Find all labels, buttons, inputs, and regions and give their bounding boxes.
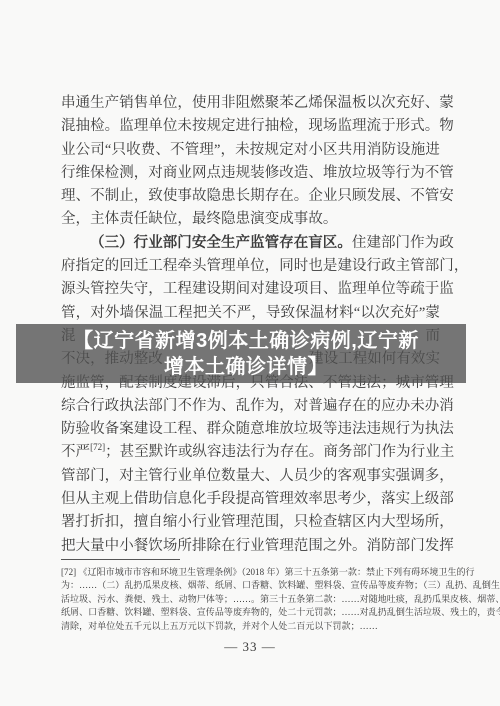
text-line: 但从主观上借助信息化手段提高管理效率思考少，落实上级部 [61,488,440,511]
text-line: 防验收备案建设工程、群众随意堆放垃圾等违法违规行为执法 [61,418,440,441]
line-text: 不严 [61,444,90,460]
footnote-line: 为：……（二）乱扔瓜果皮核、烟蒂、纸屑、口香糖、饮料罐、塑料袋、宣传品等废弃物；… [61,579,441,592]
scanned-document-page: 串通生产销售单位，使用非阻燃聚苯乙烯保温板以次充好、蒙 混抽检。监理单位未按规定… [0,0,500,706]
text-line: 管，对外墙保温工程把关不严，导致保温材料“以次充好”蒙 [61,302,440,325]
footnote-line: 活垃圾、污水、粪便、残土、动物尸体等；……。第三十五条第二款：……对随地吐痰，乱… [61,593,441,606]
text-line: 业公司“只收费、不管理”，未按规定对小区共用消防设施进 [61,139,440,162]
text-line: 行维保检测，对商业网点违规装修改造、堆放垃圾等行为不管 [61,162,440,185]
text-line: 全，主体责任缺位，最终隐患演变成事故。 [61,208,440,231]
text-line: 串通生产销售单位，使用非阻燃聚苯乙烯保温板以次充好、蒙 [61,92,440,115]
heading-line-rest: 住建部门作为政 [352,235,454,251]
text-line: 府指定的回迁工程牵头管理单位，同时也是建设行政主管部门， [61,255,440,278]
section-heading: （三）行业部门安全生产监管存在盲区。 [90,235,352,251]
footnote-block: [72] 《辽阳市城市市容和环境卫生管理条例》（2018 年）第三十五条第一款：… [61,566,441,633]
text-line-with-footnote-ref: 不严[72]；甚至默许或纵容违法行为存在。商务部门作为行业主 [61,441,440,464]
text-line: 理、不制止，致使事故隐患长期存在。企业只顾发展、不管安 [61,185,440,208]
text-line: 源头管控失守，工程建设期间对建设项目、监理单位等疏于监 [61,278,440,301]
text-line: 综合行政执法部门不作为、乱作为，对普遍存在的应办未办消 [61,395,440,418]
text-line: 管部门，对主管行业单位数量大、人员少的客观事实强调多， [61,465,440,488]
text-line: 混抽检。监理单位未按规定进行抽检，现场监理流于形式。物 [61,115,440,138]
footnote-line: [72] 《辽阳市城市市容和环境卫生管理条例》（2018 年）第三十五条第一款：… [61,566,441,579]
page-number: — 33 — [0,640,500,654]
footnote-separator [61,559,180,560]
text-line: 署打折扣，擅自缩小行业管理范围，只检查辖区内大型场所， [61,511,440,534]
overlay-banner-title-line-2: 增本土确诊详情】 [164,354,328,380]
footnote-line: 清除，对单位处五千元以上五万元以下罚款，并对个人处二百元以下罚款；…… [61,620,441,633]
footnote-ref-72: [72] [90,443,105,453]
line-text: ；甚至默许或纵容违法行为存在。商务部门作为行业主 [105,444,454,460]
overlay-banner-link[interactable]: 【辽宁省新增3例本土确诊病例,辽宁新 增本土确诊详情】 [16,324,466,383]
overlay-banner-title-line-1: 【辽宁省新增3例本土确诊病例,辽宁新 [73,328,419,354]
text-line: 把大量中小餐饮场所排除在行业管理范围之外。消防部门发挥 [61,535,440,558]
section-heading-line: （三）行业部门安全生产监管存在盲区。住建部门作为政 [61,232,440,255]
footnote-line: 纸屑、口香糖、饮料罐、塑料袋、宣传品等废弃物的，处二十元罚款；……对乱扔乱倒生活… [61,606,441,619]
